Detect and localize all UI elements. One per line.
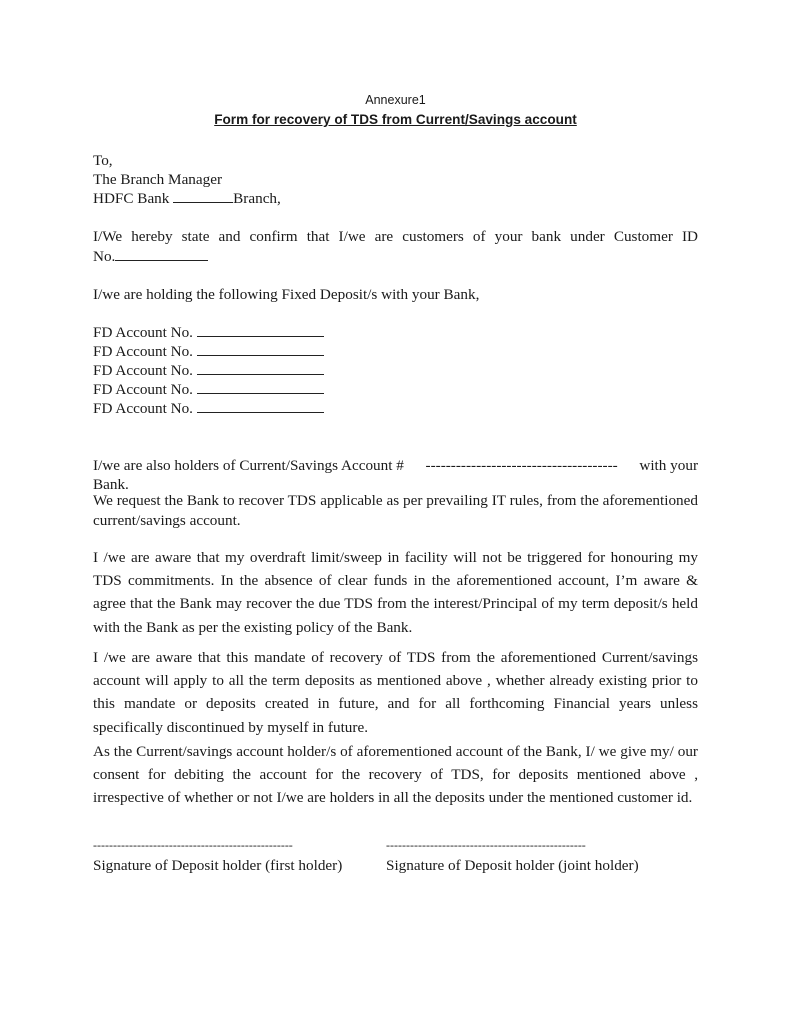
overdraft-paragraph: I /we are aware that my overdraft limit/…: [93, 546, 698, 639]
bank-suffix: Branch,: [233, 190, 281, 207]
fd-intro: I/we are holding the following Fixed Dep…: [93, 285, 479, 304]
mandate-paragraph: I /we are aware that this mandate of rec…: [93, 646, 698, 739]
fd-account-field[interactable]: [197, 323, 324, 337]
fd-account-field[interactable]: [197, 399, 324, 413]
joint-holder-signature-line[interactable]: ----------------------------------------…: [386, 838, 586, 853]
branch-name-field[interactable]: [173, 189, 233, 203]
bank-prefix: HDFC Bank: [93, 190, 173, 207]
fd-account-label: FD Account No.: [93, 324, 197, 341]
bank-branch-line: HDFC Bank Branch,: [93, 189, 281, 208]
document-page: Annexure1 Form for recovery of TDS from …: [0, 0, 791, 1024]
fd-account-row: FD Account No.: [93, 399, 324, 418]
fd-account-field[interactable]: [197, 342, 324, 356]
fd-account-label: FD Account No.: [93, 343, 197, 360]
request-paragraph: We request the Bank to recover TDS appli…: [93, 491, 698, 531]
consent-paragraph: As the Current/savings account holder/s …: [93, 740, 698, 810]
fd-account-label: FD Account No.: [93, 400, 197, 417]
holder-statement-suffix: with your: [639, 456, 698, 475]
form-title: Form for recovery of TDS from Current/Sa…: [0, 112, 791, 127]
fd-account-row: FD Account No.: [93, 323, 324, 342]
fd-account-field[interactable]: [197, 380, 324, 394]
customer-id-field[interactable]: [115, 247, 208, 261]
fd-account-row: FD Account No.: [93, 342, 324, 361]
fd-account-label: FD Account No.: [93, 381, 197, 398]
fd-account-label: FD Account No.: [93, 362, 197, 379]
fd-account-field[interactable]: [197, 361, 324, 375]
customer-id-label: No.: [93, 248, 115, 265]
fd-account-row: FD Account No.: [93, 361, 324, 380]
fd-account-row: FD Account No.: [93, 380, 324, 399]
savings-account-field[interactable]: --------------------------------------: [426, 456, 618, 475]
joint-holder-signature-label: Signature of Deposit holder (joint holde…: [386, 857, 639, 875]
customer-id-line: No.: [93, 247, 208, 266]
holder-statement-prefix: I/we are also holders of Current/Savings…: [93, 456, 404, 475]
holder-statement: I/we are also holders of Current/Savings…: [93, 456, 698, 475]
first-holder-signature-line[interactable]: ----------------------------------------…: [93, 838, 293, 853]
first-holder-signature-label: Signature of Deposit holder (first holde…: [93, 857, 342, 875]
salutation: To,: [93, 151, 113, 170]
customer-statement: I/We hereby state and confirm that I/we …: [93, 225, 698, 248]
recipient: The Branch Manager: [93, 170, 222, 189]
annexure-label: Annexure1: [0, 93, 791, 107]
